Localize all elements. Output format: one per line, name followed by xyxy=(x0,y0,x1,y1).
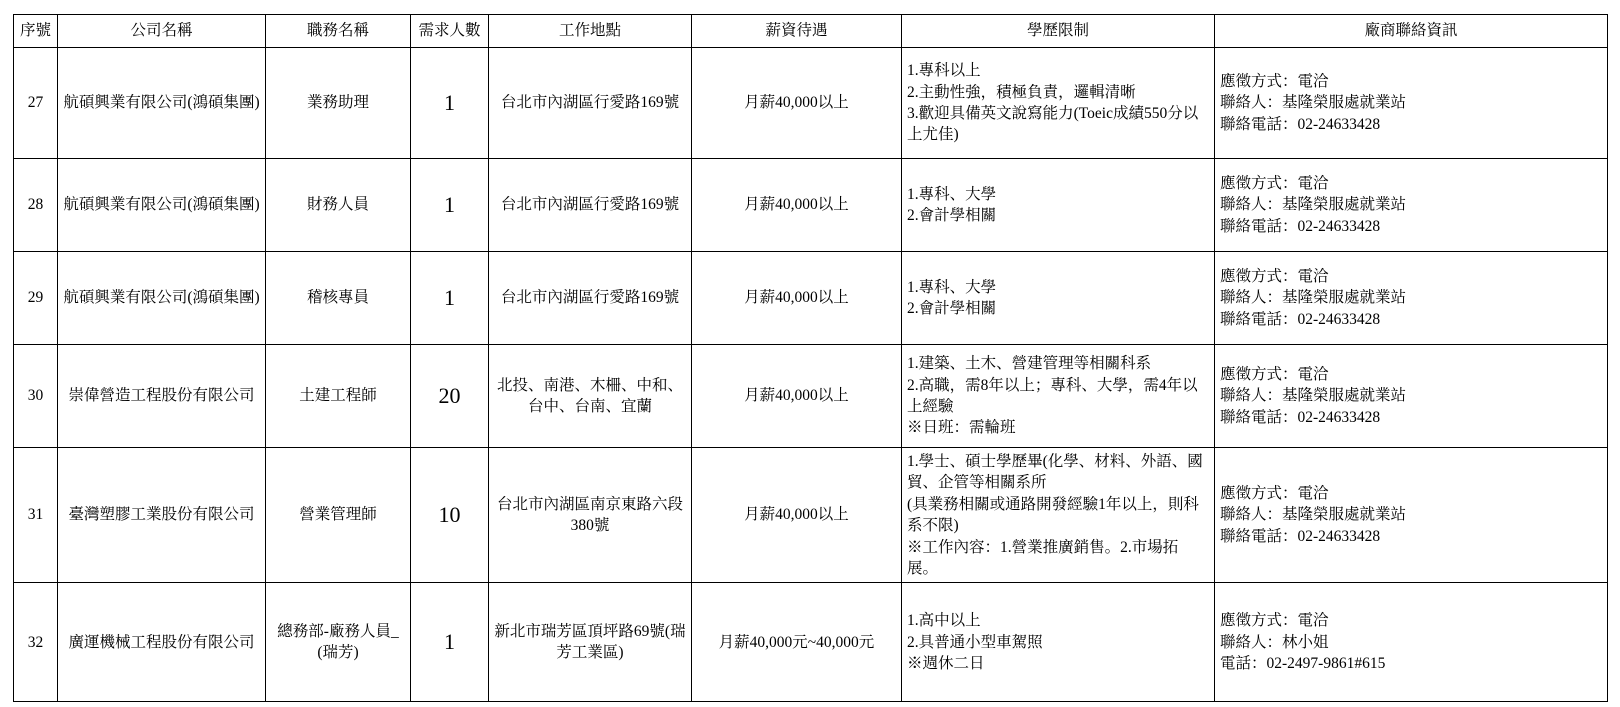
cell-job-title: 業務助理 xyxy=(266,48,411,159)
cell-education: 1.專科、大學2.會計學相關 xyxy=(902,252,1215,345)
cell-seq: 31 xyxy=(14,448,58,583)
cell-salary: 月薪40,000以上 xyxy=(692,48,902,159)
cell-salary: 月薪40,000以上 xyxy=(692,159,902,252)
cell-location: 台北市內湖區南京東路六段380號 xyxy=(489,448,692,583)
header-education: 學歷限制 xyxy=(902,15,1215,48)
cell-education: 1.建築、土木、營建管理等相關科系2.高職，需8年以上；專科、大學，需4年以上經… xyxy=(902,345,1215,448)
cell-seq: 30 xyxy=(14,345,58,448)
table-row: 29 航碩興業有限公司(鴻碩集團) 稽核專員 1 台北市內湖區行愛路169號 月… xyxy=(14,252,1608,345)
cell-company: 崇偉營造工程股份有限公司 xyxy=(58,345,266,448)
cell-education: 1.高中以上2.具普通小型車駕照※週休二日 xyxy=(902,583,1215,702)
header-row: 序號 公司名稱 職務名稱 需求人數 工作地點 薪資待遇 學歷限制 廠商聯絡資訊 xyxy=(14,15,1608,48)
cell-seq: 27 xyxy=(14,48,58,159)
cell-job-title: 財務人員 xyxy=(266,159,411,252)
table-header: 序號 公司名稱 職務名稱 需求人數 工作地點 薪資待遇 學歷限制 廠商聯絡資訊 xyxy=(14,15,1608,48)
header-company: 公司名稱 xyxy=(58,15,266,48)
header-location: 工作地點 xyxy=(489,15,692,48)
cell-headcount: 1 xyxy=(411,252,489,345)
cell-company: 臺灣塑膠工業股份有限公司 xyxy=(58,448,266,583)
cell-location: 北投、南港、木柵、中和、台中、台南、宜蘭 xyxy=(489,345,692,448)
cell-seq: 32 xyxy=(14,583,58,702)
cell-contact: 應徵方式：電洽聯絡人：基隆榮服處就業站聯絡電話：02-24633428 xyxy=(1215,48,1608,159)
header-headcount: 需求人數 xyxy=(411,15,489,48)
cell-contact: 應徵方式：電洽聯絡人：林小姐電話：02-2497-9861#615 xyxy=(1215,583,1608,702)
cell-contact: 應徵方式：電洽聯絡人：基隆榮服處就業站聯絡電話：02-24633428 xyxy=(1215,345,1608,448)
cell-contact: 應徵方式：電洽聯絡人：基隆榮服處就業站聯絡電話：02-24633428 xyxy=(1215,252,1608,345)
table-row: 31 臺灣塑膠工業股份有限公司 營業管理師 10 台北市內湖區南京東路六段380… xyxy=(14,448,1608,583)
cell-job-title: 稽核專員 xyxy=(266,252,411,345)
header-seq: 序號 xyxy=(14,15,58,48)
cell-education: 1.專科、大學2.會計學相關 xyxy=(902,159,1215,252)
cell-company: 航碩興業有限公司(鴻碩集團) xyxy=(58,252,266,345)
table-row: 27 航碩興業有限公司(鴻碩集團) 業務助理 1 台北市內湖區行愛路169號 月… xyxy=(14,48,1608,159)
cell-job-title: 營業管理師 xyxy=(266,448,411,583)
cell-headcount: 10 xyxy=(411,448,489,583)
cell-salary: 月薪40,000以上 xyxy=(692,345,902,448)
cell-job-title: 總務部-廠務人員_(瑞芳) xyxy=(266,583,411,702)
cell-contact: 應徵方式：電洽聯絡人：基隆榮服處就業站聯絡電話：02-24633428 xyxy=(1215,448,1608,583)
cell-salary: 月薪40,000以上 xyxy=(692,448,902,583)
table-row: 30 崇偉營造工程股份有限公司 土建工程師 20 北投、南港、木柵、中和、台中、… xyxy=(14,345,1608,448)
cell-contact: 應徵方式：電洽聯絡人：基隆榮服處就業站聯絡電話：02-24633428 xyxy=(1215,159,1608,252)
header-contact: 廠商聯絡資訊 xyxy=(1215,15,1608,48)
cell-headcount: 20 xyxy=(411,345,489,448)
header-salary: 薪資待遇 xyxy=(692,15,902,48)
cell-salary: 月薪40,000元~40,000元 xyxy=(692,583,902,702)
header-job-title: 職務名稱 xyxy=(266,15,411,48)
table-row: 28 航碩興業有限公司(鴻碩集團) 財務人員 1 台北市內湖區行愛路169號 月… xyxy=(14,159,1608,252)
cell-location: 新北市瑞芳區頂坪路69號(瑞芳工業區) xyxy=(489,583,692,702)
cell-education: 1.學士、碩士學歷畢(化學、材料、外語、國貿、企管等相關系所(具業務相關或通路開… xyxy=(902,448,1215,583)
cell-job-title: 土建工程師 xyxy=(266,345,411,448)
cell-seq: 28 xyxy=(14,159,58,252)
cell-education: 1.專科以上2.主動性強，積極負責，邏輯清晰3.歡迎具備英文說寫能力(Toeic… xyxy=(902,48,1215,159)
cell-location: 台北市內湖區行愛路169號 xyxy=(489,48,692,159)
cell-headcount: 1 xyxy=(411,583,489,702)
cell-location: 台北市內湖區行愛路169號 xyxy=(489,159,692,252)
cell-company: 航碩興業有限公司(鴻碩集團) xyxy=(58,159,266,252)
cell-headcount: 1 xyxy=(411,159,489,252)
table-row: 32 廣運機械工程股份有限公司 總務部-廠務人員_(瑞芳) 1 新北市瑞芳區頂坪… xyxy=(14,583,1608,702)
cell-company: 廣運機械工程股份有限公司 xyxy=(58,583,266,702)
table-body: 27 航碩興業有限公司(鴻碩集團) 業務助理 1 台北市內湖區行愛路169號 月… xyxy=(14,48,1608,702)
cell-location: 台北市內湖區行愛路169號 xyxy=(489,252,692,345)
jobs-table: 序號 公司名稱 職務名稱 需求人數 工作地點 薪資待遇 學歷限制 廠商聯絡資訊 … xyxy=(13,14,1608,702)
cell-headcount: 1 xyxy=(411,48,489,159)
cell-seq: 29 xyxy=(14,252,58,345)
cell-company: 航碩興業有限公司(鴻碩集團) xyxy=(58,48,266,159)
cell-salary: 月薪40,000以上 xyxy=(692,252,902,345)
